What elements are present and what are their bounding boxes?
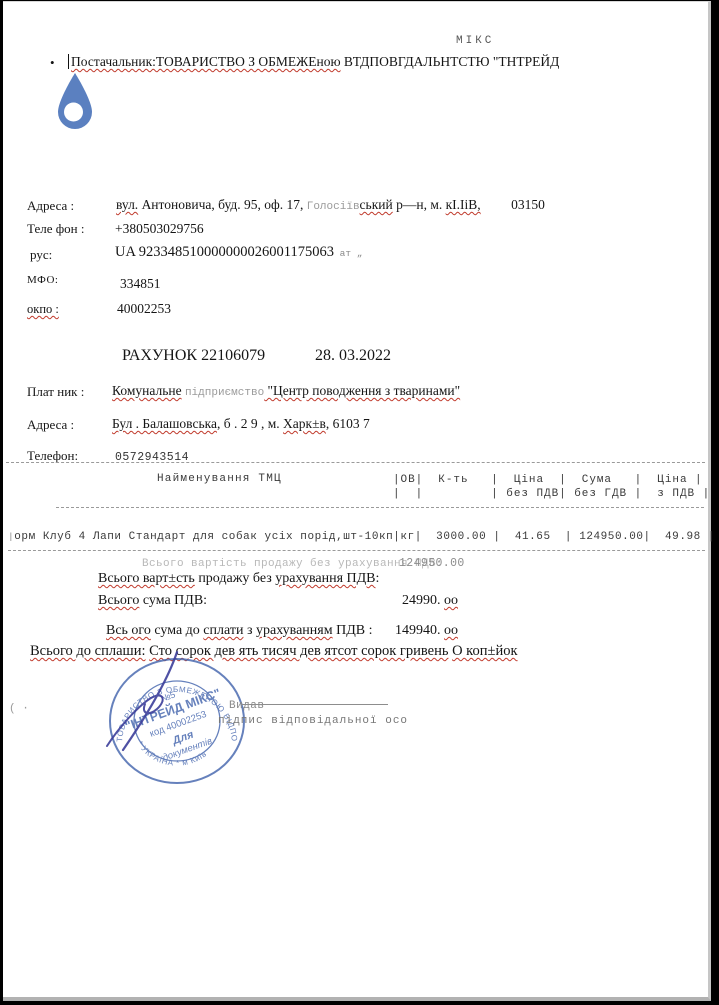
issued-by-label: Видав <box>229 700 265 713</box>
supplier-phone-value: +380503029756 <box>115 221 204 237</box>
supplier-mfo-value: 334851 <box>120 276 161 292</box>
supplier-okpo-value: 40002253 <box>117 301 171 317</box>
supplier-bullet: • <box>50 55 55 71</box>
supplier-address-label: Адреса : <box>27 198 74 214</box>
supplier-mfo-label: МФО: <box>27 274 58 287</box>
text-cursor <box>68 54 69 69</box>
totals-line2: Всього сума ПДВ: <box>98 593 207 610</box>
table-header-divider <box>56 507 704 508</box>
account-note: ат „ <box>334 248 363 259</box>
watermark-text: МІКС <box>456 35 494 48</box>
table-header-name: Найменування ТМЦ <box>157 473 282 486</box>
invoice-date: 28. 03.2022 <box>315 346 391 365</box>
supplier-account-value: UA 923348510000000026001175063 ат „ <box>115 244 363 261</box>
totals-faint-value: 124950.00 <box>399 557 465 571</box>
table-top-divider <box>6 462 705 463</box>
totals-faint-label: Всього вартість продажу без урахування П… <box>142 558 443 571</box>
totals-line1: Всього варт±сть продажу без урахування П… <box>98 571 379 588</box>
payer-address-label: Адреса : <box>27 417 74 433</box>
payer-address-value: Бул . Балашовська, б . 2 9 , м. Харк±в, … <box>112 416 370 432</box>
signature-line <box>241 704 388 705</box>
table-header-columns: |ОВ| К-ть | Ціна | Сума | Ціна || | | бе… <box>393 473 710 501</box>
table-row: |орм Клуб 4 Лапи Стандарт для собак усіх… <box>8 531 715 544</box>
totals-line2-value: 24990. оо <box>402 593 458 610</box>
supplier-address-value: вул. Антоновича, буд. 95, оф. 17, Голосі… <box>116 197 545 214</box>
supplier-phone-label: Теле фон : <box>27 221 84 237</box>
supplier-line: Постачальник:ТОВАРИСТВО З ОБМЕЖЕною ВТДП… <box>71 54 559 70</box>
totals-line3-value: 149940. оо <box>395 623 458 640</box>
payer-name: Комунальне підприємство "Центр поводженн… <box>112 383 460 400</box>
supplier-account-label: рус: <box>30 247 52 263</box>
signature-caption: підпис відповідальної осо <box>218 715 408 728</box>
payer-label: Плат ник : <box>27 384 84 400</box>
invoice-page: МІКС • Постачальник:ТОВАРИСТВО З ОБМЕЖЕн… <box>3 1 711 1001</box>
water-drop-icon <box>58 73 92 129</box>
scanned-invoice-screenshot: МІКС • Постачальник:ТОВАРИСТВО З ОБМЕЖЕн… <box>0 0 719 1005</box>
table-bottom-divider <box>8 550 705 551</box>
invoice-title: РАХУНОК 22106079 <box>122 346 265 365</box>
margin-marks: ( · <box>9 703 29 716</box>
handwritten-signature <box>93 646 193 776</box>
totals-line3: Всь ого сума до сплати з урахуванням ПДВ… <box>106 623 372 640</box>
supplier-okpo-label: окпо : <box>27 302 59 317</box>
